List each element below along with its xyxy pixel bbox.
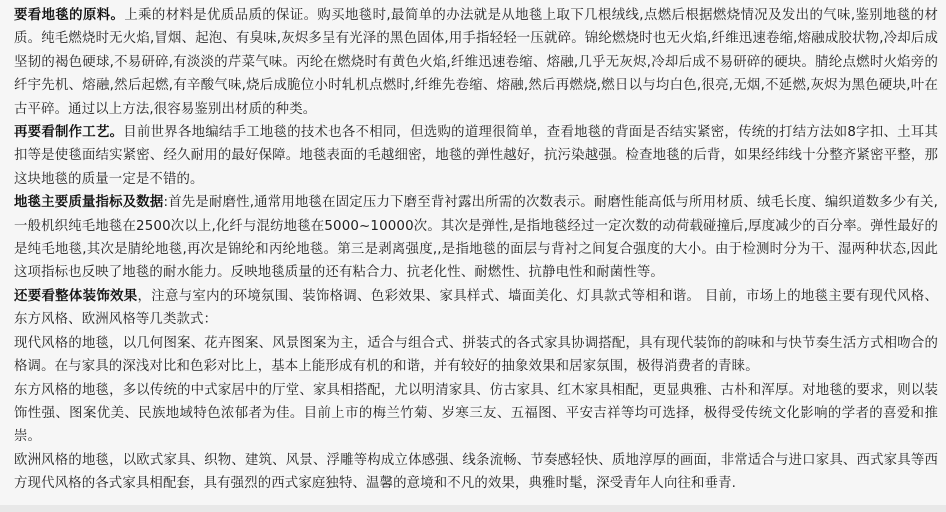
paragraph-materials: 要看地毯的原料。上乘的材料是优质品质的保证。购买地毯时,最简单的办法就是从地毯上… (14, 4, 938, 121)
paragraph-quality-indicators: 地毯主要质量指标及数据:首先是耐磨性,通常用地毯在固定压力下磨至背衬露出所需的次… (14, 191, 938, 285)
paragraph-oriental-style: 东方风格的地毯，多以传统的中式家居中的厅堂、家具相搭配，尤以明清家具、仿古家具、… (14, 379, 938, 449)
paragraph-craftsmanship: 再要看制作工艺。目前世界各地编结手工地毯的技术也各不相同，但选购的道理很简单，查… (14, 121, 938, 191)
paragraph-decoration-effect: 还要看整体装饰效果，注意与室内的环境氛围、装饰格调、色彩效果、家具样式、墙面美化… (14, 285, 938, 332)
paragraph-text: 东方风格的地毯，多以传统的中式家居中的厅堂、家具相搭配，尤以明清家具、仿古家具、… (14, 383, 938, 445)
article-body: 要看地毯的原料。上乘的材料是优质品质的保证。购买地毯时,最简单的办法就是从地毯上… (0, 0, 946, 505)
paragraph-heading: 再要看制作工艺。 (14, 125, 123, 140)
paragraph-modern-style: 现代风格的地毯，以几何图案、花卉图案、风景图案为主，适合与组合式、拼装式的各式家… (14, 332, 938, 379)
page-footer-band (0, 505, 946, 512)
paragraph-text: 目前世界各地编结手工地毯的技术也各不相同，但选购的道理很简单，查看地毯的背面是否… (14, 125, 938, 187)
paragraph-text: ，注意与室内的环境氛围、装饰格调、色彩效果、家具样式、墙面美化、灯具款式等相和谐… (14, 289, 938, 327)
paragraph-heading: 要看地毯的原料。 (14, 8, 124, 23)
paragraph-heading: 还要看整体装饰效果 (14, 289, 138, 304)
paragraph-heading: 地毯主要质量指标及数据 (14, 195, 163, 210)
paragraph-text: 欧洲风格的地毯，以欧式家具、织物、建筑、风景、浮雕等构成立体感强、线条流畅、节奏… (14, 453, 938, 491)
paragraph-text: 现代风格的地毯，以几何图案、花卉图案、风景图案为主，适合与组合式、拼装式的各式家… (14, 336, 938, 374)
paragraph-european-style: 欧洲风格的地毯，以欧式家具、织物、建筑、风景、浮雕等构成立体感强、线条流畅、节奏… (14, 449, 938, 496)
paragraph-text: 上乘的材料是优质品质的保证。购买地毯时,最简单的办法就是从地毯上取下几根绒线,点… (14, 8, 938, 117)
